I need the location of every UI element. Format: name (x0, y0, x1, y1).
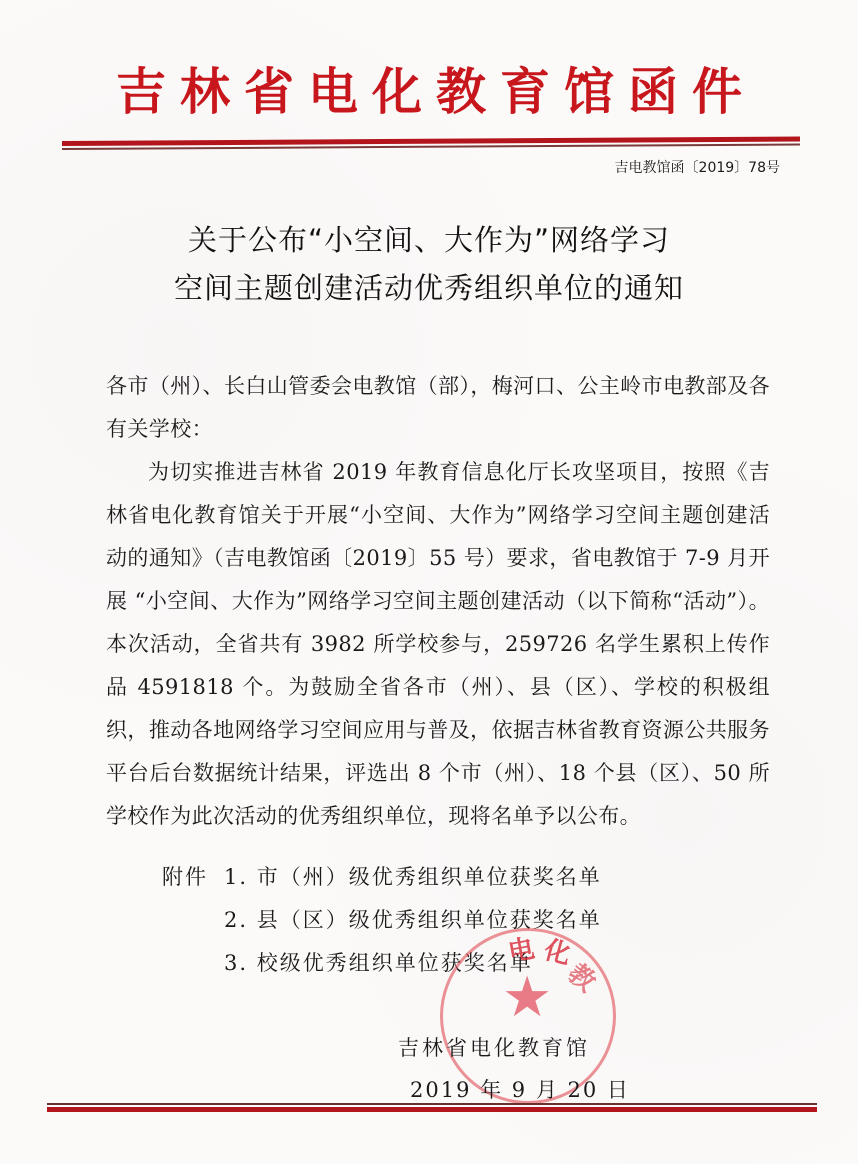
salutation: 各市（州）、长白山管委会电教馆（部），梅河口、公主岭市电教部及各有关学校： (106, 365, 770, 451)
footer-thin-rule (47, 1103, 817, 1105)
attachment-item-2: 2. 县（区）级优秀组织单位获奖名单 (224, 899, 602, 942)
attachments-list: 附件 1. 市（州）级优秀组织单位获奖名单 2. 县（区）级优秀组织单位获奖名单… (162, 856, 602, 985)
attachment-item-1: 1. 市（州）级优秀组织单位获奖名单 (224, 856, 602, 899)
body-paragraph: 为切实推进吉林省 2019 年教育信息化厅长攻坚项目，按照《吉林省电化教育馆关于… (106, 451, 770, 838)
document-page: 吉林省电化教育馆函件 吉电教馆函〔2019〕78号 关于公布“小空间、大作为”网… (0, 0, 858, 1164)
signature-block: 吉林省电化教育馆 2019 年 9 月 20 日 (398, 1027, 630, 1111)
document-title: 关于公布“小空间、大作为”网络学习 空间主题创建活动优秀组织单位的通知 (0, 216, 858, 312)
document-title-line-1: 关于公布“小空间、大作为”网络学习 (0, 216, 858, 264)
document-title-line-2: 空间主题创建活动优秀组织单位的通知 (0, 264, 858, 312)
attachments-label: 附件 (162, 856, 224, 899)
signing-date: 2019 年 9 月 20 日 (398, 1069, 630, 1111)
document-body: 各市（州）、长白山管委会电教馆（部），梅河口、公主岭市电教部及各有关学校： 为切… (106, 365, 770, 838)
attachment-item-3: 3. 校级优秀组织单位获奖名单 (224, 942, 533, 985)
attachment-item: 附件 1. 市（州）级优秀组织单位获奖名单 (162, 856, 602, 899)
document-number: 吉电教馆函〔2019〕78号 (615, 157, 780, 177)
attachment-item: 3. 校级优秀组织单位获奖名单 (162, 942, 602, 985)
signing-organization: 吉林省电化教育馆 (398, 1027, 630, 1069)
attachment-item: 2. 县（区）级优秀组织单位获奖名单 (162, 899, 602, 942)
letterhead-title: 吉林省电化教育馆函件 (0, 62, 858, 122)
footer-red-rule (47, 1107, 817, 1112)
